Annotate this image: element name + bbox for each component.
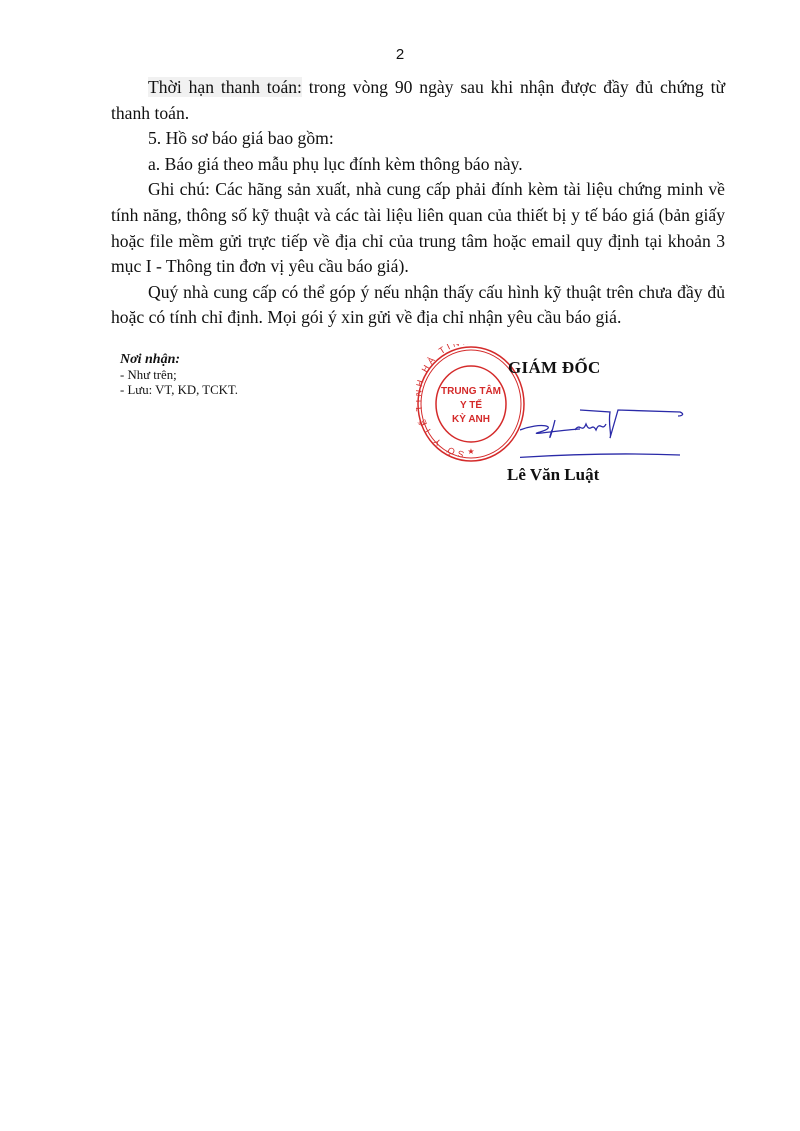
recipient-item: - Lưu: VT, KD, TCKT. (120, 383, 238, 399)
svg-text:Y TẾ: Y TẾ (460, 398, 482, 411)
signatory-title: GIÁM ĐỐC (508, 358, 601, 378)
signatory-name: Lê Văn Luật (507, 465, 599, 485)
svg-text:KỲ ANH: KỲ ANH (452, 412, 490, 425)
page-number: 2 (0, 46, 800, 63)
section-5a-item: a. Báo giá theo mẫu phụ lục đính kèm thô… (111, 152, 725, 178)
payment-term-label: Thời hạn thanh toán: (148, 77, 302, 97)
feedback-paragraph: Quý nhà cung cấp có thể góp ý nếu nhận t… (111, 280, 725, 331)
recipients-block: Nơi nhận: - Như trên; - Lưu: VT, KD, TCK… (120, 352, 238, 399)
svg-text:★: ★ (467, 447, 474, 456)
handwritten-signature-icon (520, 400, 690, 470)
svg-text:TRUNG TÂM: TRUNG TÂM (441, 384, 501, 397)
section-5-heading: 5. Hồ sơ báo giá bao gồm: (111, 126, 725, 152)
recipient-item: - Như trên; (120, 368, 238, 384)
note-paragraph: Ghi chú: Các hãng sản xuất, nhà cung cấp… (111, 177, 725, 279)
document-body: Thời hạn thanh toán: trong vòng 90 ngày … (111, 75, 725, 331)
payment-term-paragraph: Thời hạn thanh toán: trong vòng 90 ngày … (111, 75, 725, 126)
recipients-title: Nơi nhận: (120, 352, 238, 368)
